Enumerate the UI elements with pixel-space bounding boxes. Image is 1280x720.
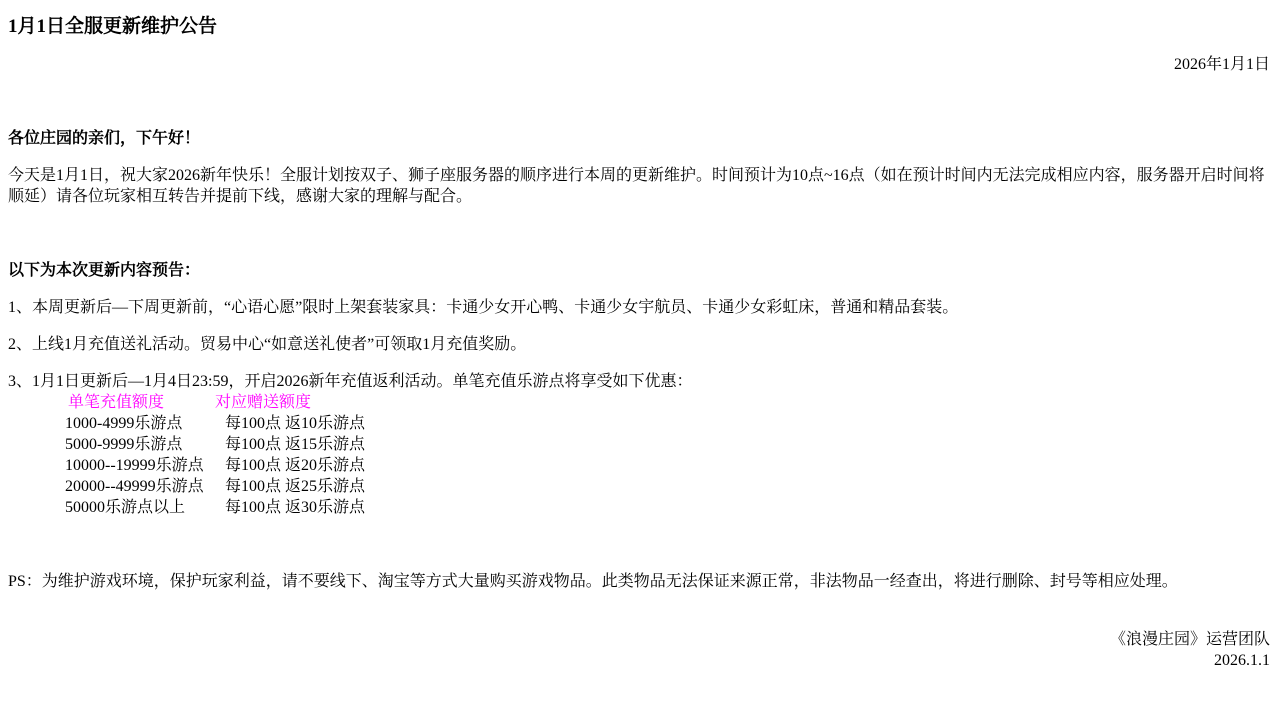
recharge-rebate-table: 单笔充值额度 对应赠送额度 1000-4999乐游点 每100点 返10乐游点 … (8, 392, 1270, 518)
table-row: 1000-4999乐游点 每100点 返10乐游点 (8, 413, 1270, 434)
preview-heading: 以下为本次更新内容预告： (8, 260, 1270, 281)
table-cell-bonus: 每100点 返15乐游点 (225, 434, 365, 455)
page-title: 1月1日全服更新维护公告 (8, 16, 1270, 38)
spacer (8, 534, 1270, 555)
update-item-3: 3、1月1日更新后—1月4日23:59，开启2026新年充值返利活动。单笔充值乐… (8, 371, 1270, 392)
table-cell-bonus: 每100点 返20乐游点 (225, 455, 365, 476)
table-cell-amount: 10000--19999乐游点 (65, 455, 225, 476)
table-cell-bonus: 每100点 返10乐游点 (225, 413, 365, 434)
update-item-2: 2、上线1月充值送礼活动。贸易中心“如意送礼使者”可领取1月充值奖励。 (8, 334, 1270, 355)
table-header-amount: 单笔充值额度 (68, 392, 215, 413)
table-row: 20000--49999乐游点 每100点 返25乐游点 (8, 476, 1270, 497)
table-cell-amount: 20000--49999乐游点 (65, 476, 225, 497)
table-cell-amount: 5000-9999乐游点 (65, 434, 225, 455)
table-row: 10000--19999乐游点 每100点 返20乐游点 (8, 455, 1270, 476)
footer-date: 2026.1.1 (1214, 652, 1270, 669)
spacer (8, 91, 1270, 112)
footer-team: 《浪漫庄园》运营团队 (1110, 631, 1270, 648)
table-cell-bonus: 每100点 返30乐游点 (225, 497, 365, 518)
table-cell-bonus: 每100点 返25乐游点 (225, 476, 365, 497)
table-header-row: 单笔充值额度 对应赠送额度 (8, 392, 1270, 413)
update-item-1: 1、本周更新后—下周更新前，“心语心愿”限时上架套装家具：卡通少女开心鸭、卡通少… (8, 297, 1270, 318)
footer-signature: 《浪漫庄园》运营团队 2026.1.1 (8, 629, 1270, 671)
announcement-date: 2026年1月1日 (8, 54, 1270, 75)
intro-paragraph: 今天是1月1日，祝大家2026新年快乐！全服计划按双子、狮子座服务器的顺序进行本… (8, 165, 1270, 207)
table-header-bonus: 对应赠送额度 (215, 392, 311, 413)
announcement-page: { "content": { "title": "1月1日全服更新维护公告", … (8, 16, 1270, 671)
table-row: 50000乐游点以上 每100点 返30乐游点 (8, 497, 1270, 518)
table-row: 5000-9999乐游点 每100点 返15乐游点 (8, 434, 1270, 455)
spacer (8, 223, 1270, 244)
ps-note: PS：为维护游戏环境，保护玩家利益，请不要线下、淘宝等方式大量购买游戏物品。此类… (8, 571, 1270, 592)
table-cell-amount: 50000乐游点以上 (65, 497, 225, 518)
greeting-line: 各位庄园的亲们，下午好！ (8, 128, 1270, 149)
table-cell-amount: 1000-4999乐游点 (65, 413, 225, 434)
